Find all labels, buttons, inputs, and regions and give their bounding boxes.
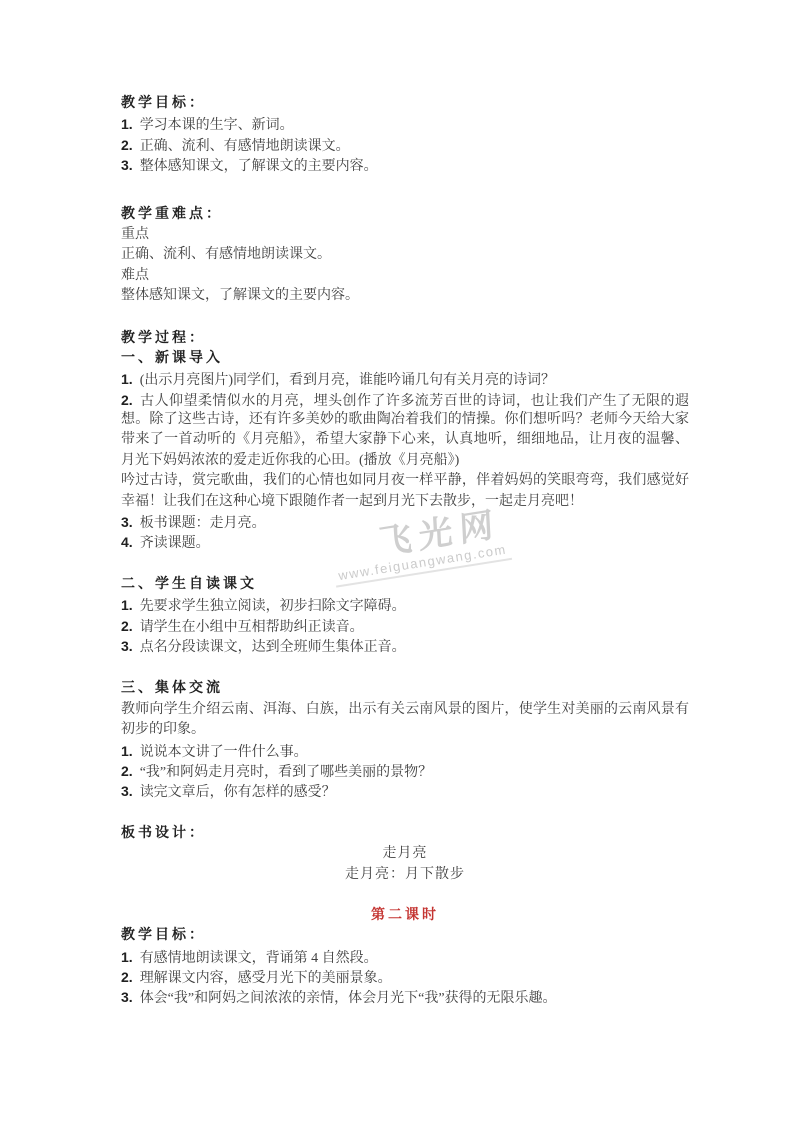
section-heading: 教学重难点：: [121, 205, 689, 225]
section-heading: 教学过程：: [121, 329, 689, 349]
document-body: 教学目标：1.学习本课的生字、新词。2.正确、流利、有感情地朗读课文。3.整体感…: [121, 94, 689, 1008]
justified-text-line: 带来了一首动听的《月亮船》，希望大家静下心来，认真地听，细细地品，让月夜的温馨、: [121, 430, 689, 450]
text-line: 2.“我”和阿妈走月亮时，看到了哪些美丽的景物？: [121, 761, 689, 781]
line-text: 读完文章后，你有怎样的感受？: [140, 785, 336, 800]
line-text: 板书课题：走月亮。: [140, 516, 266, 531]
line-text: 整体感知课文，了解课文的主要内容。: [140, 159, 378, 174]
chapter-heading: 第二课时: [121, 906, 689, 926]
line-text: 吟过古诗，赏完歌曲，我们的心情也如同月夜一样平静，伴着妈妈的笑眼弯弯，我们感觉好: [121, 473, 689, 488]
line-text: 幸福！让我们在这种心境下跟随作者一起到月光下去散步，一起走月亮吧！: [121, 494, 583, 509]
list-number: 1.: [121, 116, 133, 132]
line-text: 教学目标：: [121, 96, 206, 111]
section-heading: 三、集体交流: [121, 679, 689, 699]
line-text: 想。除了这些古诗，还有许多美妙的歌曲陶冶着我们的情操。你们想听吗？老师今天给大家: [121, 412, 689, 427]
line-text: 理解课文内容，感受月光下的美丽景象。: [140, 971, 392, 986]
list-number: 2.: [121, 137, 133, 153]
section-heading: 板书设计：: [121, 824, 689, 844]
text-line: 3.整体感知课文，了解课文的主要内容。: [121, 155, 689, 175]
line-text: 难点: [121, 268, 149, 283]
text-line: 整体感知课文，了解课文的主要内容。: [121, 286, 689, 306]
list-number: 3.: [121, 638, 133, 654]
text-line: 3.读完文章后，你有怎样的感受？: [121, 781, 689, 801]
line-text: 板书设计：: [121, 826, 206, 841]
text-line: 2.正确、流利、有感情地朗读课文。: [121, 135, 689, 155]
list-number: 1.: [121, 743, 133, 759]
text-line: 难点: [121, 266, 689, 286]
centered-line: 走月亮：月下散步: [121, 865, 689, 885]
line-gap: [121, 307, 689, 329]
justified-text-line: 吟过古诗，赏完歌曲，我们的心情也如同月夜一样平静，伴着妈妈的笑眼弯弯，我们感觉好: [121, 471, 689, 491]
centered-line: 走月亮: [121, 844, 689, 864]
line-text: 正确、流利、有感情地朗读课文。: [121, 247, 331, 262]
line-text: 有感情地朗读课文，背诵第 4 自然段。: [140, 951, 378, 966]
line-text: 走月亮: [383, 846, 428, 861]
list-number: 2.: [121, 763, 133, 779]
line-text: 初步的印象。: [121, 722, 205, 737]
section-heading: 二、学生自读课文: [121, 575, 689, 595]
section-heading: 教学目标：: [121, 94, 689, 114]
list-number: 1.: [121, 949, 133, 965]
text-line: 重点: [121, 225, 689, 245]
line-text: 学习本课的生字、新词。: [140, 118, 294, 133]
list-number: 3.: [121, 157, 133, 173]
text-line: 3.点名分段读课文，达到全班师生集体正音。: [121, 636, 689, 656]
line-text: 正确、流利、有感情地朗读课文。: [140, 139, 350, 154]
text-line: 3.体会“我”和阿妈之间浓浓的亲情，体会月光下“我”获得的无限乐趣。: [121, 987, 689, 1007]
text-line: 1.说说本文讲了一件什么事。: [121, 741, 689, 761]
justified-text-line: 教师向学生介绍云南、洱海、白族，出示有关云南风景的图片，使学生对美丽的云南风景有: [121, 700, 689, 720]
line-text: 教学重难点：: [121, 207, 223, 222]
text-line: 1.有感情地朗读课文，背诵第 4 自然段。: [121, 947, 689, 967]
line-text: 走月亮：月下散步: [345, 867, 465, 882]
text-line: 初步的印象。: [121, 720, 689, 740]
list-number: 3.: [121, 783, 133, 799]
text-line: 月光下妈妈浓浓的爱走近你我的心田。(播放《月亮船》): [121, 451, 689, 471]
line-text: (出示月亮图片)同学们，看到月亮，谁能吟诵几句有关月亮的诗词？: [140, 373, 555, 388]
list-number: 2.: [121, 969, 133, 985]
line-gap: [121, 802, 689, 824]
justified-text-line: 想。除了这些古诗，还有许多美妙的歌曲陶冶着我们的情操。你们想听吗？老师今天给大家: [121, 410, 689, 430]
line-text: 二、学生自读课文: [121, 577, 257, 592]
text-line: 1.先要求学生独立阅读，初步扫除文字障碍。: [121, 595, 689, 615]
text-line: 4.齐读课题。: [121, 532, 689, 552]
list-number: 1.: [121, 371, 133, 387]
text-line: 幸福！让我们在这种心境下跟随作者一起到月光下去散步，一起走月亮吧！: [121, 492, 689, 512]
line-text: 带来了一首动听的《月亮船》，希望大家静下心来，认真地听，细细地品，让月夜的温馨、: [121, 432, 689, 447]
line-text: 说说本文讲了一件什么事。: [140, 745, 308, 760]
line-gap: [121, 553, 689, 575]
line-gap: [121, 176, 689, 205]
line-text: 齐读课题。: [140, 536, 210, 551]
line-text: 第二课时: [371, 908, 439, 923]
line-text: 重点: [121, 227, 149, 242]
line-text: 体会“我”和阿妈之间浓浓的亲情，体会月光下“我”获得的无限乐趣。: [140, 991, 557, 1006]
line-gap: [121, 656, 689, 679]
list-number: 1.: [121, 597, 133, 613]
section-heading: 教学目标：: [121, 926, 689, 946]
list-number: 2.: [121, 392, 133, 408]
text-line: 正确、流利、有感情地朗读课文。: [121, 245, 689, 265]
list-number: 4.: [121, 534, 133, 550]
line-text: 请学生在小组中互相帮助纠正读音。: [140, 620, 364, 635]
text-line: 1.(出示月亮图片)同学们，看到月亮，谁能吟诵几句有关月亮的诗词？: [121, 369, 689, 389]
list-number: 2.: [121, 618, 133, 634]
line-text: 月光下妈妈浓浓的爱走近你我的心田。(播放《月亮船》): [121, 453, 459, 468]
justified-text-line: 2.古人仰望柔情似水的月亮，埋头创作了许多流芳百世的诗词，也让我们产生了无限的遐: [121, 390, 689, 410]
line-text: 古人仰望柔情似水的月亮，埋头创作了许多流芳百世的诗词，也让我们产生了无限的遐: [140, 394, 689, 409]
line-text: 教学过程：: [121, 331, 206, 346]
list-number: 3.: [121, 989, 133, 1005]
text-line: 1.学习本课的生字、新词。: [121, 114, 689, 134]
text-line: 2.理解课文内容，感受月光下的美丽景象。: [121, 967, 689, 987]
line-text: 整体感知课文，了解课文的主要内容。: [121, 288, 359, 303]
section-heading: 一、新课导入: [121, 349, 689, 369]
line-text: 先要求学生独立阅读，初步扫除文字障碍。: [140, 599, 406, 614]
line-text: 三、集体交流: [121, 681, 223, 696]
text-line: 2.请学生在小组中互相帮助纠正读音。: [121, 616, 689, 636]
line-text: 教师向学生介绍云南、洱海、白族，出示有关云南风景的图片，使学生对美丽的云南风景有: [121, 702, 689, 717]
line-text: 一、新课导入: [121, 351, 223, 366]
line-text: 点名分段读课文，达到全班师生集体正音。: [140, 640, 406, 655]
line-text: 教学目标：: [121, 928, 206, 943]
scanned-document-page: 教学目标：1.学习本课的生字、新词。2.正确、流利、有感情地朗读课文。3.整体感…: [0, 0, 793, 1122]
list-number: 3.: [121, 514, 133, 530]
line-text: “我”和阿妈走月亮时，看到了哪些美丽的景物？: [140, 765, 432, 780]
line-gap: [121, 885, 689, 906]
text-line: 3.板书课题：走月亮。: [121, 512, 689, 532]
